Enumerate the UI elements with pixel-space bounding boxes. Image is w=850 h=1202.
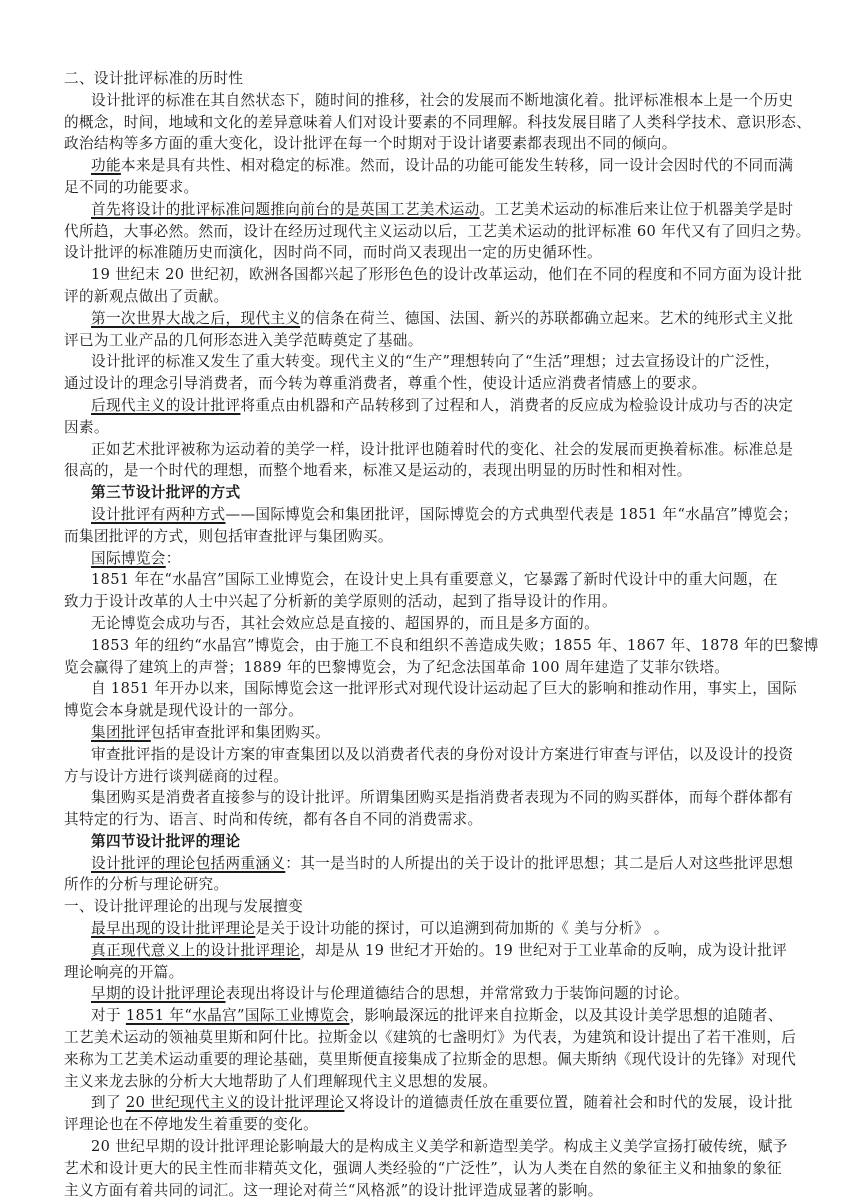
text-run: ，影响最深远的批评来自拉斯金，以及其设计美学思想的追随者、 <box>349 1007 782 1024</box>
underlined-key-phrase: 后现代主义的设计批评 <box>91 397 240 414</box>
text-line: 览会赢得了建筑上的声誉；1889 年的巴黎博览会，为了纪念法国革命 100 周年… <box>64 657 791 679</box>
text-line: 集团购买是消费者直接参与的设计批评。所谓集团购买是指消费者表现为不同的购买群体，… <box>64 787 791 809</box>
text-run: 来称为工艺美术运动重要的理论基础，莫里斯便直接集成了拉斯金的思想。佩夫斯纳《现代… <box>64 1051 796 1068</box>
text-line: 国际博览会： <box>64 548 791 570</box>
text-run: 包括审查批评和集团购买。 <box>151 724 330 741</box>
text-line: 对于 1851 年“水晶宫”国际工业博览会，影响最深远的批评来自拉斯金，以及其设… <box>64 1005 791 1027</box>
underlined-key-phrase: 功能 <box>91 157 121 174</box>
text-line: 后现代主义的设计批评将重点由机器和产品转移到了过程和人，消费者的反应成为检验设计… <box>64 395 791 417</box>
underlined-key-phrase: 早期的设计批评理论 <box>91 985 226 1002</box>
text-run: 无论博览会成功与否，其社会效应总是直接的、超国界的，而且是多方面的。 <box>91 615 599 632</box>
text-line: 集团批评包括审查批评和集团购买。 <box>64 722 791 744</box>
text-line: 评已为工业产品的几何形态进入美学范畴奠定了基础。 <box>64 330 791 352</box>
text-line: 设计批评的标准随历史而演化，因时尚不同，而时尚又表现出一定的历史循环性。 <box>64 242 791 264</box>
text-line: 博览会本身就是现代设计的一部分。 <box>64 700 791 722</box>
text-run: 所作的分析与理论研究。 <box>64 876 228 893</box>
text-run: 主义来龙去脉的分析大大地帮助了人们理解现代主义思想的发展。 <box>64 1073 497 1090</box>
text-run: 通过设计的理念引导消费者，而今转为尊重消费者，尊重个性，使设计适应消费者情感上的… <box>64 375 707 392</box>
underlined-key-phrase: 20 世纪现代主义的设计批评理论 <box>126 1094 345 1111</box>
text-line: 最早出现的设计批评理论是关于设计功能的探讨，可以追溯到荷加斯的《 美与分析》 。 <box>64 918 791 940</box>
text-run: 因素。 <box>64 419 109 436</box>
text-line: 20 世纪早期的设计批评理论影响最大的是构成主义美学和新造型美学。构成主义美学宣… <box>64 1136 791 1158</box>
text-line: 而集团批评的方式，则包括审查批评与集团购买。 <box>64 526 791 548</box>
text-run: 二、设计批评标准的历时性 <box>64 70 243 87</box>
text-run: 致力于设计改革的人士中兴起了分析新的美学原则的活动，起到了指导设计的作用。 <box>64 593 617 610</box>
text-line: 19 世纪末 20 世纪初，欧洲各国都兴起了形形色色的设计改革运动，他们在不同的… <box>64 264 791 286</box>
text-run: 表现出将设计与伦理道德结合的思想，并常常致力于装饰问题的讨论。 <box>226 985 689 1002</box>
text-line: 来称为工艺美术运动重要的理论基础，莫里斯便直接集成了拉斯金的思想。佩夫斯纳《现代… <box>64 1049 791 1071</box>
underlined-key-phrase: 设计批评有两种方式 <box>91 506 226 523</box>
text-run: 理论响亮的开篇。 <box>64 964 184 981</box>
text-line: 设计批评有两种方式——国际博览会和集团批评，国际博览会的方式典型代表是 1851… <box>64 504 791 526</box>
text-run: 的信条在荷兰、德国、法国、新兴的苏联都确立起来。艺术的纯形式主义批 <box>300 310 793 327</box>
text-run: 自 1851 年开办以来，国际博览会这一批评形式对现代设计运动起了巨大的影响和推… <box>91 680 797 697</box>
text-run: 其特定的行为、语言、时尚和传统，都有各自不同的消费需求。 <box>64 811 482 828</box>
text-line: 因素。 <box>64 417 791 439</box>
underlined-key-phrase: 第一次世界大战之后，现代主义 <box>91 310 300 327</box>
text-run: 设计批评的标准随历史而演化，因时尚不同，而时尚又表现出一定的历史循环性。 <box>64 244 602 261</box>
text-run: ： <box>166 550 181 567</box>
text-line: 方与设计方进行谈判磋商的过程。 <box>64 766 791 788</box>
text-run: 设计批评的标准又发生了重大转变。现代主义的“生产”理想转向了“生活”理想；过去宣… <box>91 353 780 370</box>
heading: 二、设计批评标准的历时性 <box>64 68 791 90</box>
text-run: 评理论也在不停地发生着重要的变化。 <box>64 1116 318 1133</box>
text-run: 博览会本身就是现代设计的一部分。 <box>64 702 303 719</box>
text-line: 设计批评的标准又发生了重大转变。现代主义的“生产”理想转向了“生活”理想；过去宣… <box>64 351 791 373</box>
text-run: 又将设计的道德责任放在重要位置，随着社会和时代的发展，设计批 <box>344 1094 792 1111</box>
text-run: ：其一是当时的人所提出的关于设计的批评思想；其二是后人对这些批评思想 <box>285 855 793 872</box>
text-run: 一、设计批评理论的出现与发展擅变 <box>64 898 303 915</box>
text-run: 评的新观点做出了贡献。 <box>64 288 228 305</box>
heading: 一、设计批评理论的出现与发展擅变 <box>64 896 791 918</box>
text-line: 早期的设计批评理论表现出将设计与伦理道德结合的思想，并常常致力于装饰问题的讨论。 <box>64 983 791 1005</box>
text-line: 真正现代意义上的设计批评理论，却是从 19 世纪才开始的。19 世纪对于工业革命… <box>64 940 791 962</box>
underlined-key-phrase: 1851 年“水晶宫”国际工业博览会 <box>126 1007 350 1024</box>
text-line: 无论博览会成功与否，其社会效应总是直接的、超国界的，而且是多方面的。 <box>64 613 791 635</box>
text-line: 评理论也在不停地发生着重要的变化。 <box>64 1114 791 1136</box>
text-line: 所作的分析与理论研究。 <box>64 874 791 896</box>
text-run: 正如艺术批评被称为运动着的美学一样，设计批评也随着时代的变化、社会的发展而更换着… <box>91 441 793 458</box>
underlined-key-phrase: 首先将设计的批评标准问题推向前台的是英国工艺美术运动 <box>91 201 480 218</box>
text-run: 到了 <box>91 1094 126 1111</box>
text-line: 理论响亮的开篇。 <box>64 962 791 984</box>
text-run: 审查批评指的是设计方案的审查集团以及以消费者代表的身份对设计方案进行审查与评估，… <box>91 746 793 763</box>
underlined-key-phrase: 国际博览会 <box>91 550 166 567</box>
bold-title-text: 第四节设计批评的理论 <box>91 833 240 850</box>
text-line: 首先将设计的批评标准问题推向前台的是英国工艺美术运动。工艺美术运动的标准后来让位… <box>64 199 791 221</box>
text-run: 而集团批评的方式，则包括审查批评与集团购买。 <box>64 528 393 545</box>
text-line: 的概念，时间，地域和文化的差异意味着人们对设计要素的不同理解。科技发展目睹了人类… <box>64 112 791 134</box>
text-run: 1853 年的纽约“水晶宫”博览会，由于施工不良和组织不善造成失败；1855 年… <box>91 637 819 654</box>
text-run: 将重点由机器和产品转移到了过程和人，消费者的反应成为检验设计成功与否的决定 <box>240 397 793 414</box>
text-line: 评的新观点做出了贡献。 <box>64 286 791 308</box>
text-line: 设计批评的理论包括两重涵义：其一是当时的人所提出的关于设计的批评思想；其二是后人… <box>64 853 791 875</box>
text-run: 政治结构等多方面的重大变化，设计批评在每一个时期对于设计诸要素都表现出不同的倾向… <box>64 135 677 152</box>
underlined-key-phrase: 最早出现的设计批评理论 <box>91 920 255 937</box>
text-line: 其特定的行为、语言、时尚和传统，都有各自不同的消费需求。 <box>64 809 791 831</box>
text-line: 功能本来是具有共性、相对稳定的标准。然而，设计品的功能可能发生转移，同一设计会因… <box>64 155 791 177</box>
text-line: 到了 20 世纪现代主义的设计批评理论又将设计的道德责任放在重要位置，随着社会和… <box>64 1092 791 1114</box>
text-run: ——国际博览会和集团批评，国际博览会的方式典型代表是 1851 年“水晶宫”博览… <box>226 506 798 523</box>
text-line: 第一次世界大战之后，现代主义的信条在荷兰、德国、法国、新兴的苏联都确立起来。艺术… <box>64 308 791 330</box>
text-line: 致力于设计改革的人士中兴起了分析新的美学原则的活动，起到了指导设计的作用。 <box>64 591 791 613</box>
text-line: 审查批评指的是设计方案的审查集团以及以消费者代表的身份对设计方案进行审查与评估，… <box>64 744 791 766</box>
text-run: 艺术和设计更大的民主性而非精英文化，强调人类经验的“广泛性”，认为人类在自然的象… <box>64 1160 782 1177</box>
text-run: 览会赢得了建筑上的声誉；1889 年的巴黎博览会，为了纪念法国革命 100 周年… <box>64 659 729 676</box>
text-run: 19 世纪末 20 世纪初，欧洲各国都兴起了形形色色的设计改革运动，他们在不同的… <box>91 266 802 283</box>
text-run: 的概念，时间，地域和文化的差异意味着人们对设计要素的不同理解。科技发展目睹了人类… <box>64 114 811 131</box>
text-line: 足不同的功能要求。 <box>64 177 791 199</box>
underlined-key-phrase: 真正现代意义上的设计批评理论 <box>91 942 300 959</box>
bold-title-text: 第三节设计批评的方式 <box>91 484 240 501</box>
text-run: 20 世纪早期的设计批评理论影响最大的是构成主义美学和新造型美学。构成主义美学宣… <box>91 1138 788 1155</box>
text-line: 正如艺术批评被称为运动着的美学一样，设计批评也随着时代的变化、社会的发展而更换着… <box>64 439 791 461</box>
underlined-key-phrase: 设计批评的理论包括两重涵义 <box>91 855 285 872</box>
text-line: 设计批评的标准在其自然状态下，随时间的推移，社会的发展而不断地演化着。批评标准根… <box>64 90 791 112</box>
text-run: 评已为工业产品的几何形态进入美学范畴奠定了基础。 <box>64 332 423 349</box>
text-run: ，却是从 19 世纪才开始的。19 世纪对于工业革命的反响，成为设计批评 <box>300 942 787 959</box>
text-line: 政治结构等多方面的重大变化，设计批评在每一个时期对于设计诸要素都表现出不同的倾向… <box>64 133 791 155</box>
text-run: 很高的，是一个时代的理想，而整个地看来，标准又是运动的，表现出明显的历时性和相对… <box>64 462 692 479</box>
document-page: 二、设计批评标准的历时性设计批评的标准在其自然状态下，随时间的推移，社会的发展而… <box>64 68 791 1201</box>
text-run: 方与设计方进行谈判磋商的过程。 <box>64 768 288 785</box>
text-run: 是关于设计功能的探讨，可以追溯到荷加斯的《 美与分析》 。 <box>255 920 668 937</box>
text-line: 工艺美术运动的领袖莫里斯和阿什比。拉斯金以《建筑的七盏明灯》为代表，为建筑和设计… <box>64 1027 791 1049</box>
text-line: 1853 年的纽约“水晶宫”博览会，由于施工不良和组织不善造成失败；1855 年… <box>64 635 791 657</box>
text-line: 主义方面有着共同的词汇。这一理论对荷兰“风格派”的设计批评造成显著的影响。 <box>64 1180 791 1202</box>
text-run: 代所趋，大事必然。然而，设计在经历过现代主义运动以后，工艺美术运动的批评标准 6… <box>64 223 811 240</box>
text-line: 很高的，是一个时代的理想，而整个地看来，标准又是运动的，表现出明显的历时性和相对… <box>64 460 791 482</box>
text-run: 。工艺美术运动的标准后来让位于机器美学是时 <box>480 201 794 218</box>
text-run: 足不同的功能要求。 <box>64 179 199 196</box>
text-line: 通过设计的理念引导消费者，而今转为尊重消费者，尊重个性，使设计适应消费者情感上的… <box>64 373 791 395</box>
text-run: 主义方面有着共同的词汇。这一理论对荷兰“风格派”的设计批评造成显著的影响。 <box>64 1182 603 1199</box>
text-run: 本来是具有共性、相对稳定的标准。然而，设计品的功能可能发生转移，同一设计会因时代… <box>121 157 793 174</box>
text-run: 集团购买是消费者直接参与的设计批评。所谓集团购买是指消费者表现为不同的购买群体，… <box>91 789 793 806</box>
text-line: 1851 年在“水晶宫”国际工业博览会，在设计史上具有重要意义，它暴露了新时代设… <box>64 569 791 591</box>
text-run: 设计批评的标准在其自然状态下，随时间的推移，社会的发展而不断地演化着。批评标准根… <box>91 92 793 109</box>
text-line: 自 1851 年开办以来，国际博览会这一批评形式对现代设计运动起了巨大的影响和推… <box>64 678 791 700</box>
text-run: 对于 <box>91 1007 126 1024</box>
section-title: 第三节设计批评的方式 <box>64 482 791 504</box>
text-line: 代所趋，大事必然。然而，设计在经历过现代主义运动以后，工艺美术运动的批评标准 6… <box>64 221 791 243</box>
text-line: 主义来龙去脉的分析大大地帮助了人们理解现代主义思想的发展。 <box>64 1071 791 1093</box>
underlined-key-phrase: 集团批评 <box>91 724 151 741</box>
section-title: 第四节设计批评的理论 <box>64 831 791 853</box>
text-run: 工艺美术运动的领袖莫里斯和阿什比。拉斯金以《建筑的七盏明灯》为代表，为建筑和设计… <box>64 1029 796 1046</box>
text-line: 艺术和设计更大的民主性而非精英文化，强调人类经验的“广泛性”，认为人类在自然的象… <box>64 1158 791 1180</box>
text-run: 1851 年在“水晶宫”国际工业博览会，在设计史上具有重要意义，它暴露了新时代设… <box>91 571 778 588</box>
